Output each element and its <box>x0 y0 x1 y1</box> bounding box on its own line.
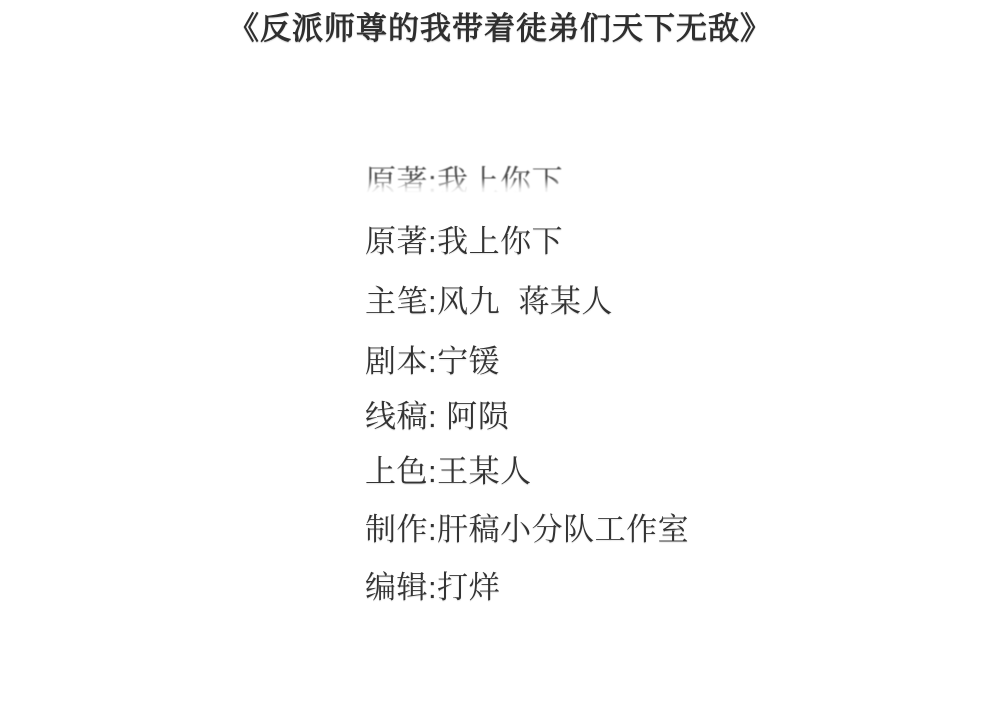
clipped-ghost-line: 原著:我上你下 <box>365 166 765 192</box>
credit-line-original-author: 原著:我上你下 <box>365 225 563 259</box>
comic-title: 《反派师尊的我带着徒弟们天下无敌》 <box>0 3 1000 48</box>
credit-line-production: 制作:肝稿小分队工作室 <box>365 513 689 547</box>
credit-line-lineart: 线稿: 阿陨 <box>365 400 509 434</box>
ghost-line-text: 原著:我上你下 <box>365 166 765 192</box>
credit-line-script: 剧本:宁锾 <box>365 345 500 379</box>
credit-line-editor: 编辑:打烊 <box>365 571 500 605</box>
credits-page: 《反派师尊的我带着徒弟们天下无敌》 原著:我上你下 原著:我上你下 主笔:风九 … <box>0 0 1000 720</box>
credit-line-coloring: 上色:王某人 <box>365 455 532 489</box>
credit-line-lead-artist: 主笔:风九 蒋某人 <box>365 285 613 319</box>
